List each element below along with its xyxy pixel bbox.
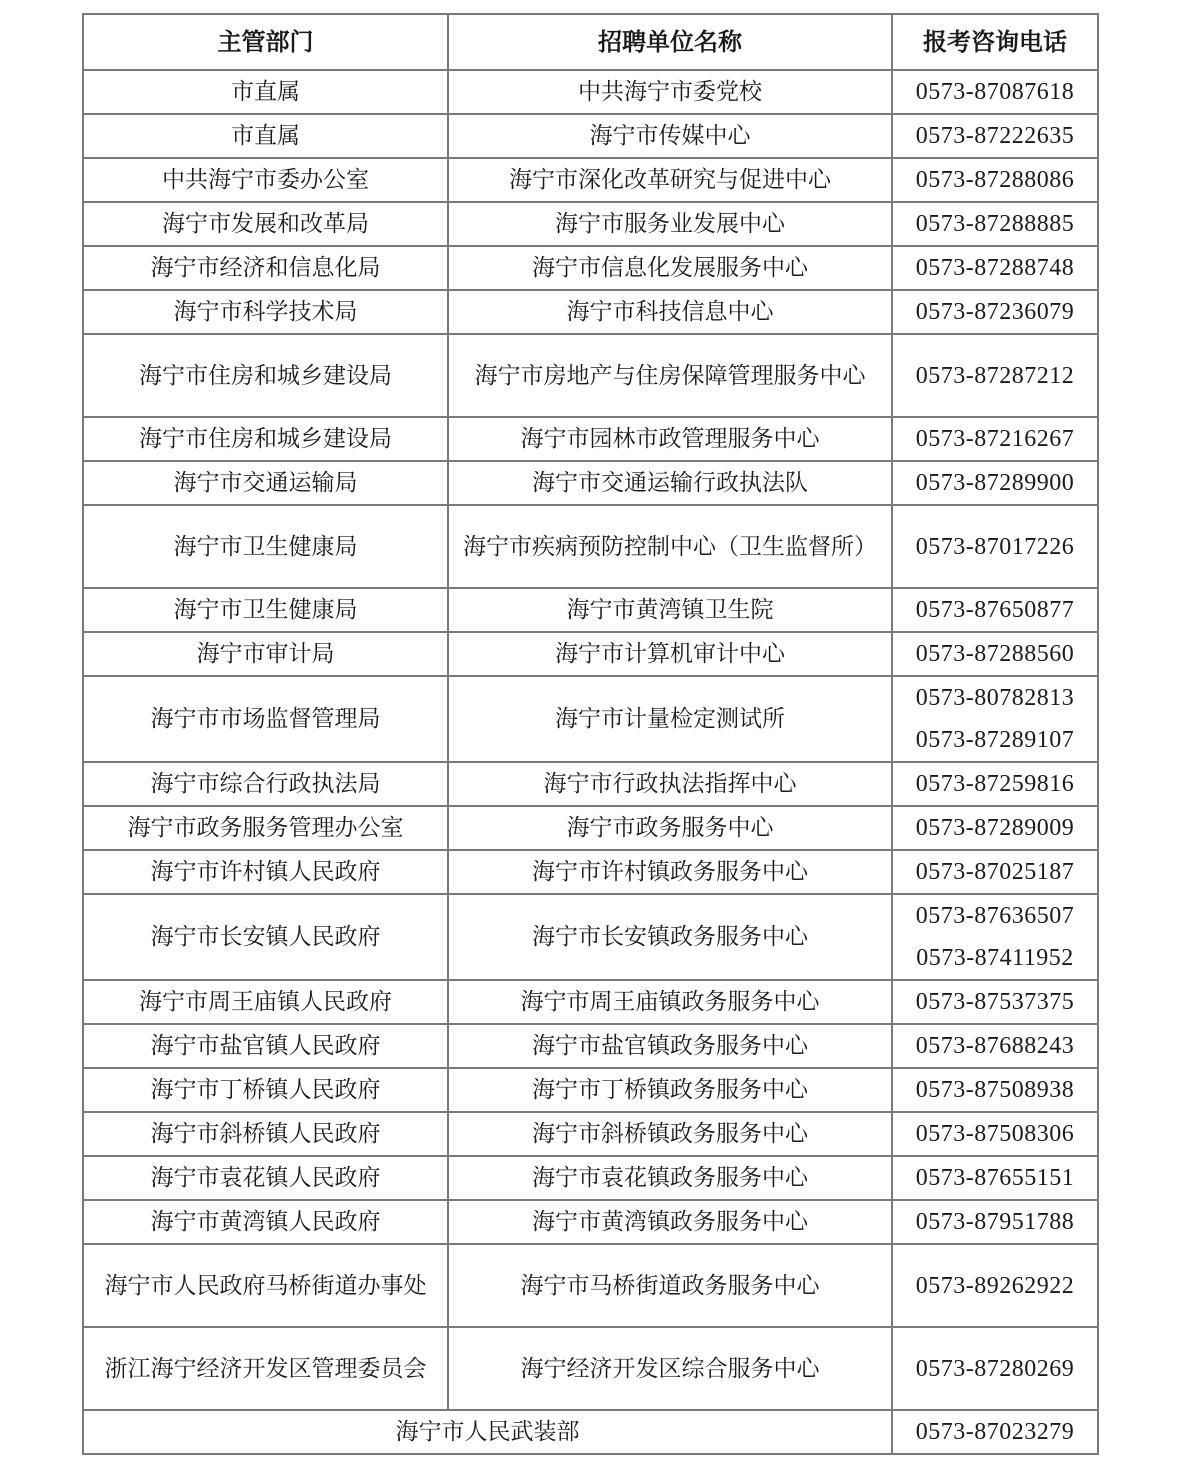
phone-cell: 0573-876365070573-87411952	[892, 894, 1098, 980]
phone-cell: 0573-87508938	[892, 1068, 1098, 1112]
phone-cell: 0573-87655151	[892, 1156, 1098, 1200]
table-row: 海宁市住房和城乡建设局海宁市房地产与住房保障管理服务中心0573-8728721…	[83, 334, 1098, 417]
table-row: 海宁市发展和改革局海宁市服务业发展中心0573-87288885	[83, 202, 1098, 246]
table-row: 海宁市盐官镇人民政府海宁市盐官镇政务服务中心0573-87688243	[83, 1024, 1098, 1068]
unit-name-cell: 海宁市长安镇政务服务中心	[448, 894, 892, 980]
department-cell: 浙江海宁经济开发区管理委员会	[83, 1327, 448, 1410]
phone-number: 0573-87025187	[899, 851, 1091, 893]
department-cell: 海宁市长安镇人民政府	[83, 894, 448, 980]
table-row: 浙江海宁经济开发区管理委员会海宁经济开发区综合服务中心0573-87280269	[83, 1327, 1098, 1410]
department-cell: 海宁市卫生健康局	[83, 588, 448, 632]
phone-number: 0573-87017226	[899, 526, 1091, 568]
unit-name-cell: 海宁市马桥街道政务服务中心	[448, 1244, 892, 1327]
phone-number: 0573-87655151	[899, 1157, 1091, 1199]
phone-number: 0573-87508938	[899, 1069, 1091, 1111]
unit-name-cell: 海宁市袁花镇政务服务中心	[448, 1156, 892, 1200]
phone-number: 0573-87289107	[899, 719, 1091, 761]
unit-name-cell: 海宁市园林市政管理服务中心	[448, 417, 892, 461]
table-row: 海宁市市场监督管理局海宁市计量检定测试所0573-807828130573-87…	[83, 676, 1098, 762]
phone-cell: 0573-87259816	[892, 762, 1098, 806]
phone-cell: 0573-87288560	[892, 632, 1098, 676]
table-row: 海宁市卫生健康局海宁市疾病预防控制中心（卫生监督所）0573-87017226	[83, 505, 1098, 588]
phone-number: 0573-87411952	[899, 937, 1091, 979]
unit-name-cell: 海宁市房地产与住房保障管理服务中心	[448, 334, 892, 417]
phone-cell: 0573-87087618	[892, 70, 1098, 114]
unit-name-cell: 海宁市计量检定测试所	[448, 676, 892, 762]
phone-cell: 0573-87688243	[892, 1024, 1098, 1068]
phone-cell: 0573-87236079	[892, 290, 1098, 334]
phone-cell: 0573-87017226	[892, 505, 1098, 588]
unit-name-cell: 海宁市疾病预防控制中心（卫生监督所）	[448, 505, 892, 588]
phone-cell: 0573-87289900	[892, 461, 1098, 505]
phone-cell: 0573-89262922	[892, 1244, 1098, 1327]
department-cell: 海宁市市场监督管理局	[83, 676, 448, 762]
table-row: 海宁市长安镇人民政府海宁市长安镇政务服务中心0573-876365070573-…	[83, 894, 1098, 980]
table-row: 海宁市科学技术局海宁市科技信息中心0573-87236079	[83, 290, 1098, 334]
phone-number: 0573-87280269	[899, 1348, 1091, 1390]
phone-cell: 0573-87025187	[892, 850, 1098, 894]
department-cell: 海宁市经济和信息化局	[83, 246, 448, 290]
phone-number: 0573-87636507	[899, 895, 1091, 937]
phone-number: 0573-87288885	[899, 203, 1091, 245]
table-row: 海宁市黄湾镇人民政府海宁市黄湾镇政务服务中心0573-87951788	[83, 1200, 1098, 1244]
phone-cell: 0573-87508306	[892, 1112, 1098, 1156]
phone-cell: 0573-87287212	[892, 334, 1098, 417]
phone-number: 0573-87023279	[899, 1411, 1091, 1453]
phone-cell: 0573-87537375	[892, 980, 1098, 1024]
phone-number: 0573-87289900	[899, 462, 1091, 504]
unit-name-cell: 中共海宁市委党校	[448, 70, 892, 114]
phone-number: 0573-87508306	[899, 1113, 1091, 1155]
unit-name-cell: 海宁市传媒中心	[448, 114, 892, 158]
header-phone: 报考咨询电话	[892, 14, 1098, 70]
phone-number: 0573-87951788	[899, 1201, 1091, 1243]
table-body: 市直属中共海宁市委党校0573-87087618市直属海宁市传媒中心0573-8…	[83, 70, 1098, 1454]
phone-number: 0573-87289009	[899, 807, 1091, 849]
unit-name-cell: 海宁市行政执法指挥中心	[448, 762, 892, 806]
table-row: 市直属中共海宁市委党校0573-87087618	[83, 70, 1098, 114]
table-row: 海宁市住房和城乡建设局海宁市园林市政管理服务中心0573-87216267	[83, 417, 1098, 461]
phone-number: 0573-87087618	[899, 71, 1091, 113]
unit-name-cell: 海宁市黄湾镇政务服务中心	[448, 1200, 892, 1244]
department-cell: 海宁市住房和城乡建设局	[83, 334, 448, 417]
department-cell: 海宁市住房和城乡建设局	[83, 417, 448, 461]
table-row: 海宁市卫生健康局海宁市黄湾镇卫生院0573-87650877	[83, 588, 1098, 632]
department-cell: 海宁市周王庙镇人民政府	[83, 980, 448, 1024]
department-cell: 市直属	[83, 70, 448, 114]
phone-number: 0573-89262922	[899, 1265, 1091, 1307]
table-row: 海宁市丁桥镇人民政府海宁市丁桥镇政务服务中心0573-87508938	[83, 1068, 1098, 1112]
phone-number: 0573-80782813	[899, 677, 1091, 719]
phone-cell: 0573-87650877	[892, 588, 1098, 632]
phone-number: 0573-87287212	[899, 355, 1091, 397]
department-cell: 海宁市政务服务管理办公室	[83, 806, 448, 850]
phone-number: 0573-87537375	[899, 981, 1091, 1023]
phone-number: 0573-87222635	[899, 115, 1091, 157]
table-row: 海宁市周王庙镇人民政府海宁市周王庙镇政务服务中心0573-87537375	[83, 980, 1098, 1024]
phone-number: 0573-87288086	[899, 159, 1091, 201]
phone-cell: 0573-87288086	[892, 158, 1098, 202]
unit-name-cell: 海宁市信息化发展服务中心	[448, 246, 892, 290]
table-header-row: 主管部门 招聘单位名称 报考咨询电话	[83, 14, 1098, 70]
department-cell: 中共海宁市委办公室	[83, 158, 448, 202]
department-cell: 海宁市斜桥镇人民政府	[83, 1112, 448, 1156]
table-row: 海宁市交通运输局海宁市交通运输行政执法队0573-87289900	[83, 461, 1098, 505]
phone-cell: 0573-87023279	[892, 1410, 1098, 1454]
phone-cell: 0573-87289009	[892, 806, 1098, 850]
table-row: 中共海宁市委办公室海宁市深化改革研究与促进中心0573-87288086	[83, 158, 1098, 202]
department-cell: 海宁市袁花镇人民政府	[83, 1156, 448, 1200]
department-cell: 海宁市综合行政执法局	[83, 762, 448, 806]
table-row: 海宁市审计局海宁市计算机审计中心0573-87288560	[83, 632, 1098, 676]
table-row: 海宁市许村镇人民政府海宁市许村镇政务服务中心0573-87025187	[83, 850, 1098, 894]
unit-name-cell: 海宁市斜桥镇政务服务中心	[448, 1112, 892, 1156]
table-row: 海宁市经济和信息化局海宁市信息化发展服务中心0573-87288748	[83, 246, 1098, 290]
phone-cell: 0573-87216267	[892, 417, 1098, 461]
phone-cell: 0573-87222635	[892, 114, 1098, 158]
unit-name-cell: 海宁市计算机审计中心	[448, 632, 892, 676]
unit-name-cell: 海宁市政务服务中心	[448, 806, 892, 850]
table-row: 海宁市人民政府马桥街道办事处海宁市马桥街道政务服务中心0573-89262922	[83, 1244, 1098, 1327]
table-row: 海宁市综合行政执法局海宁市行政执法指挥中心0573-87259816	[83, 762, 1098, 806]
phone-cell: 0573-87288748	[892, 246, 1098, 290]
phone-number: 0573-87288748	[899, 247, 1091, 289]
unit-name-cell: 海宁经济开发区综合服务中心	[448, 1327, 892, 1410]
table-row: 海宁市斜桥镇人民政府海宁市斜桥镇政务服务中心0573-87508306	[83, 1112, 1098, 1156]
unit-name-cell: 海宁市丁桥镇政务服务中心	[448, 1068, 892, 1112]
unit-name-cell: 海宁市交通运输行政执法队	[448, 461, 892, 505]
department-cell: 海宁市许村镇人民政府	[83, 850, 448, 894]
phone-number: 0573-87288560	[899, 633, 1091, 675]
phone-cell: 0573-87288885	[892, 202, 1098, 246]
phone-number: 0573-87259816	[899, 763, 1091, 805]
unit-name-cell: 海宁市黄湾镇卫生院	[448, 588, 892, 632]
header-unit-name: 招聘单位名称	[448, 14, 892, 70]
phone-number: 0573-87216267	[899, 418, 1091, 460]
table-row: 市直属海宁市传媒中心0573-87222635	[83, 114, 1098, 158]
department-cell: 海宁市审计局	[83, 632, 448, 676]
merged-department-unit-cell: 海宁市人民武装部	[83, 1410, 892, 1454]
table-row-merged: 海宁市人民武装部0573-87023279	[83, 1410, 1098, 1454]
recruitment-contact-table: 主管部门 招聘单位名称 报考咨询电话 市直属中共海宁市委党校0573-87087…	[82, 13, 1099, 1455]
unit-name-cell: 海宁市科技信息中心	[448, 290, 892, 334]
phone-cell: 0573-807828130573-87289107	[892, 676, 1098, 762]
phone-number: 0573-87236079	[899, 291, 1091, 333]
phone-cell: 0573-87951788	[892, 1200, 1098, 1244]
department-cell: 海宁市交通运输局	[83, 461, 448, 505]
department-cell: 海宁市盐官镇人民政府	[83, 1024, 448, 1068]
phone-number: 0573-87688243	[899, 1025, 1091, 1067]
department-cell: 海宁市卫生健康局	[83, 505, 448, 588]
department-cell: 海宁市科学技术局	[83, 290, 448, 334]
unit-name-cell: 海宁市服务业发展中心	[448, 202, 892, 246]
header-department: 主管部门	[83, 14, 448, 70]
department-cell: 市直属	[83, 114, 448, 158]
phone-cell: 0573-87280269	[892, 1327, 1098, 1410]
department-cell: 海宁市黄湾镇人民政府	[83, 1200, 448, 1244]
table-row: 海宁市袁花镇人民政府海宁市袁花镇政务服务中心0573-87655151	[83, 1156, 1098, 1200]
phone-number: 0573-87650877	[899, 589, 1091, 631]
unit-name-cell: 海宁市周王庙镇政务服务中心	[448, 980, 892, 1024]
department-cell: 海宁市丁桥镇人民政府	[83, 1068, 448, 1112]
department-cell: 海宁市发展和改革局	[83, 202, 448, 246]
unit-name-cell: 海宁市深化改革研究与促进中心	[448, 158, 892, 202]
unit-name-cell: 海宁市许村镇政务服务中心	[448, 850, 892, 894]
unit-name-cell: 海宁市盐官镇政务服务中心	[448, 1024, 892, 1068]
table-row: 海宁市政务服务管理办公室海宁市政务服务中心0573-87289009	[83, 806, 1098, 850]
department-cell: 海宁市人民政府马桥街道办事处	[83, 1244, 448, 1327]
